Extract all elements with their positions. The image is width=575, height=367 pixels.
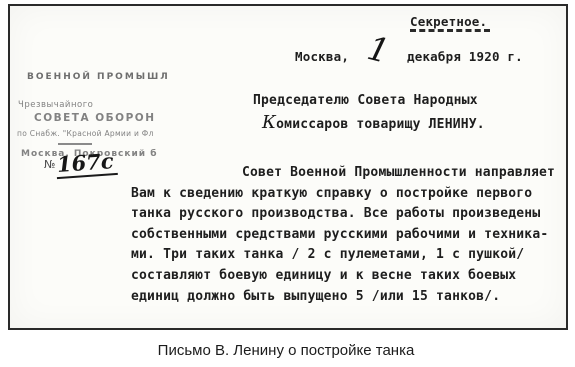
addressee-line-2-rest: омиссаров товарищу ЛЕНИНУ. <box>276 117 485 132</box>
addressee-line-2: Комиссаров товарищу ЛЕНИНУ. <box>262 112 485 133</box>
addressee-line-1: Председателю Совета Народных <box>253 93 478 108</box>
stamp-line-defense-council: СОВЕТА ОБОРОН <box>34 112 156 124</box>
figure-caption: Письмо В. Ленину о постройке танка <box>8 342 564 359</box>
stamp-line-military-industry: ВОЕННОЙ ПРОМЫШЛ <box>27 72 170 82</box>
body-line: Вам к сведению краткую справку о построй… <box>131 184 555 205</box>
handwritten-outgoing-number: 167с <box>55 148 117 179</box>
body-paragraph: Совет Военной Промышленности направляет … <box>131 163 555 307</box>
classification-label: Секретное. <box>410 14 487 29</box>
date-city: Москва, <box>295 49 349 64</box>
handwritten-initial-k: К <box>262 112 276 133</box>
classification-underline <box>410 29 490 32</box>
stamp-divider-dash <box>58 143 92 145</box>
stamp-line-extraordinary: Чрезвычайного <box>18 100 93 110</box>
body-line: составляют боевую единицу и к весне таки… <box>131 266 555 287</box>
body-line: собственными средствами русскими рабочим… <box>131 225 555 246</box>
body-line: танка русского производства. Все работы … <box>131 204 555 225</box>
body-line: Совет Военной Промышленности направляет <box>242 163 555 184</box>
body-line: ми. Три таких танка / 2 с пулеметами, 1 … <box>131 245 555 266</box>
date-rest: декабря 1920 г. <box>407 49 523 64</box>
body-line: единиц должно быть выпущено 5 /или 15 та… <box>131 287 555 308</box>
scanned-letter-page: Секретное. Москва, 1 декабря 1920 г. ВОЕ… <box>0 0 575 367</box>
stamp-line-supply: по Снабж. "Красной Армии и Фл <box>17 129 154 138</box>
stamp-number-sign: № <box>44 158 55 171</box>
